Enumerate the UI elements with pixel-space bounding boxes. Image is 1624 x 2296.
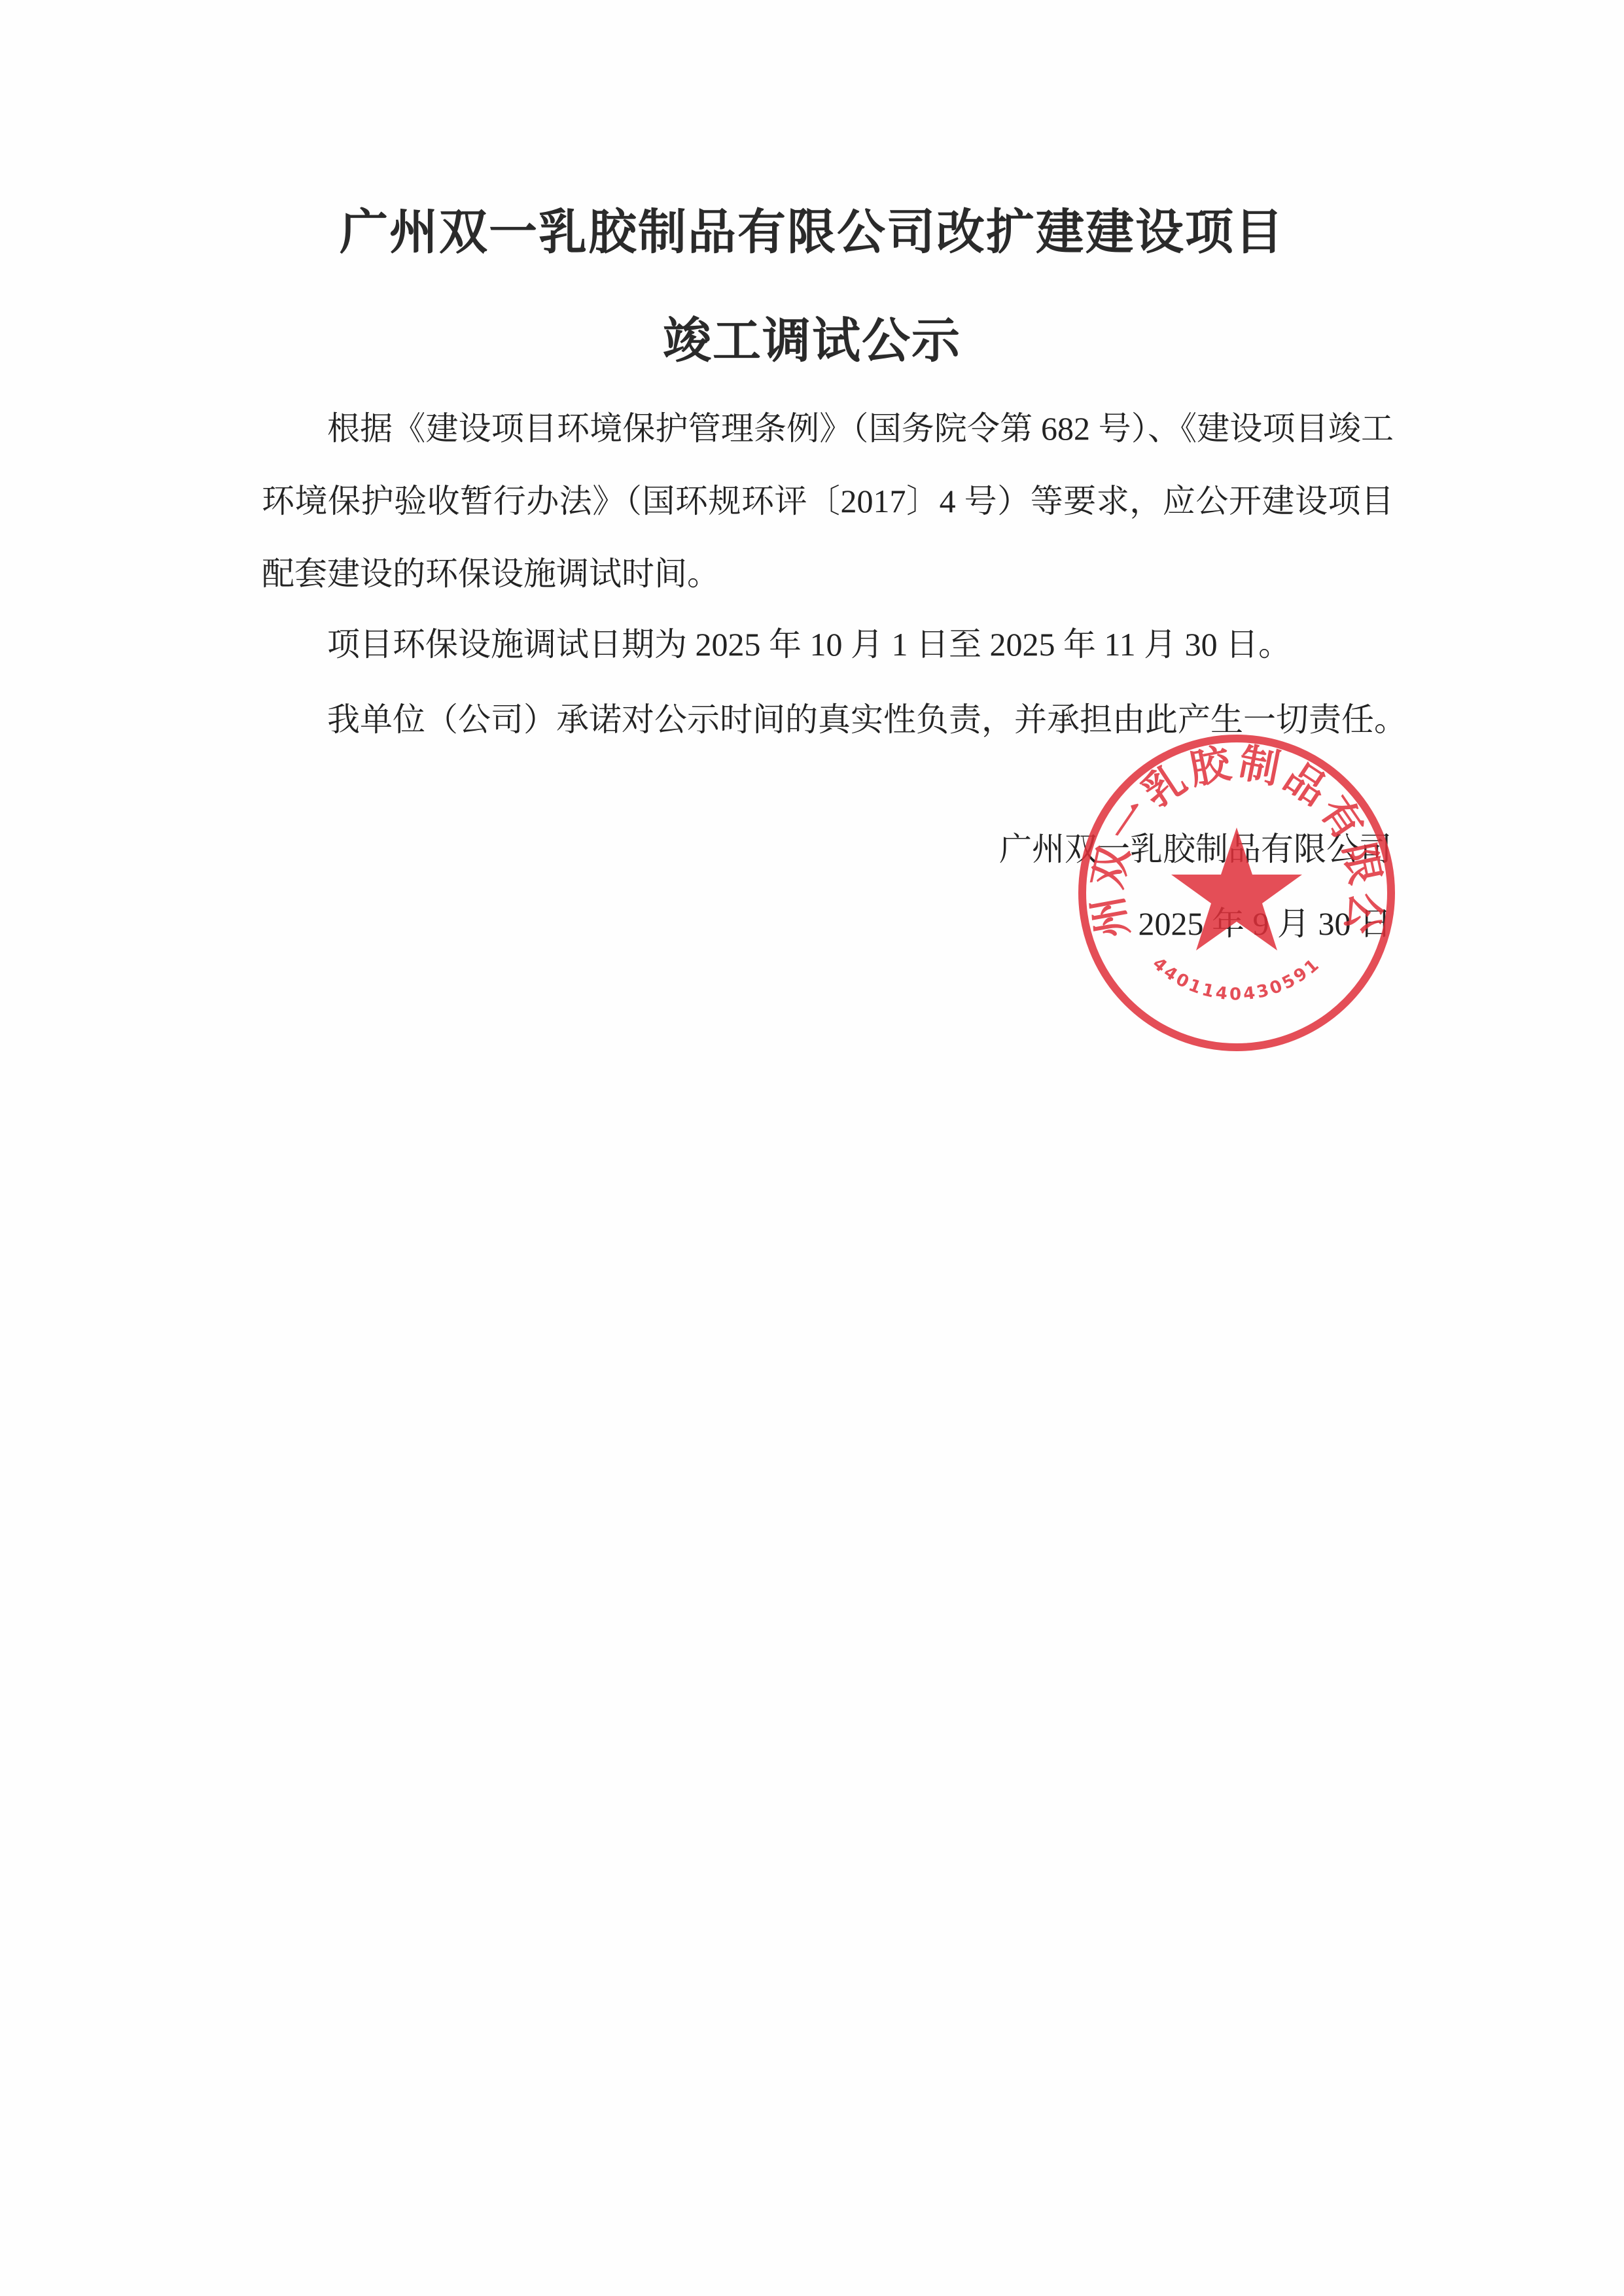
document-title: 广州双一乳胶制品有限公司改扩建建设项目 [0,194,1624,263]
company-seal-stamp: 广州双一乳胶制品有限公司 4401140430591 [1073,729,1400,1056]
paragraph-commitment: 我单位（公司）承诺对公示时间的真实性负责，并承担由此产生一切责任。 [327,684,1426,756]
svg-text:4401140430591: 4401140430591 [1148,954,1324,1004]
document-subtitle: 竣工调试公示 [0,302,1624,372]
signature-company: 广州双一乳胶制品有限公司 [999,823,1392,870]
paragraph-basis: 根据《建设项目环境保护管理条例》（国务院令第 682 号）、《建设项目竣工环境保… [262,392,1394,610]
paragraph-dates: 项目环保设施调试日期为 2025 年 10 月 1 日至 2025 年 11 月… [327,608,1426,681]
signature-date: 2025 年 9 月 30 日 [1139,897,1392,945]
stamp-code: 4401140430591 [1148,954,1324,1004]
document-page: 广州双一乳胶制品有限公司改扩建建设项目 竣工调试公示 根据《建设项目环境保护管理… [0,0,1624,2296]
